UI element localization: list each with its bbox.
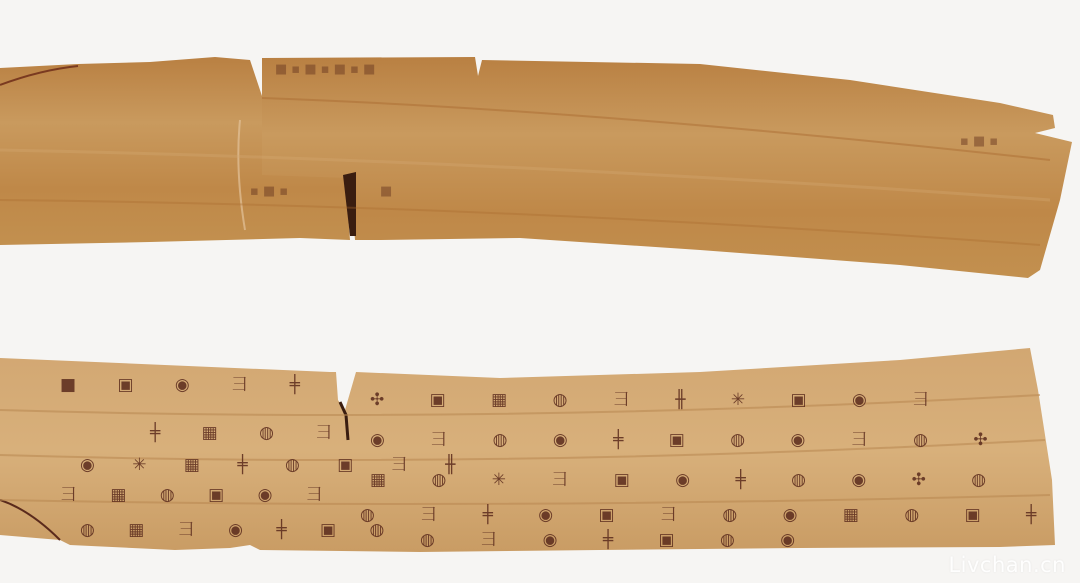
svg-text:■ ▪ ■ ▪ ■ ▪ ■: ■ ▪ ■ ▪ ■ ▪ ■ bbox=[275, 62, 375, 77]
svg-text:▪ ■ ▪: ▪ ■ ▪ bbox=[250, 184, 288, 199]
svg-text:■ ▣ ◉ ⺕ ╪: ■ ▣ ◉ ⺕ ╪ bbox=[60, 374, 318, 395]
svg-text:╪ ▦ ◍ ⺕: ╪ ▦ ◍ ⺕ bbox=[149, 422, 350, 443]
upper-slip: ■ ▪ ■ ▪ ■ ▪ ■ ▪ ■ ▪ ■ ▪ ■ ▪ bbox=[0, 57, 1072, 278]
svg-text:✣ ▣ ▦ ◍ ⺕ ╫ ✳ ▣ ◉ ⺕: ✣ ▣ ▦ ◍ ⺕ ╫ ✳ ▣ ◉ ⺕ bbox=[370, 389, 949, 410]
svg-text:⺕ ▦ ◍ ▣ ◉ ⺕: ⺕ ▦ ◍ ▣ ◉ ⺕ bbox=[60, 485, 337, 505]
svg-text:▪ ■ ▪: ▪ ■ ▪ bbox=[960, 134, 998, 149]
bamboo-slips-photo: ■ ▪ ■ ▪ ■ ▪ ■ ▪ ■ ▪ ■ ▪ ■ ▪ ■ ▣ ◉ ⺕ ╪ ✣ … bbox=[0, 0, 1080, 583]
lower-slip: ■ ▣ ◉ ⺕ ╪ ✣ ▣ ▦ ◍ ⺕ ╫ ✳ ▣ ◉ ⺕ ╪ ▦ ◍ ⺕ ◉ … bbox=[0, 348, 1056, 552]
svg-text:◍ ⺕ ◉ ╪ ▣ ◍ ◉: ◍ ⺕ ◉ ╪ ▣ ◍ ◉ bbox=[420, 529, 815, 550]
svg-text:◍ ▦ ⺕ ◉ ╪ ▣ ◍: ◍ ▦ ⺕ ◉ ╪ ▣ ◍ bbox=[80, 519, 398, 540]
svg-text:■: ■ bbox=[380, 184, 392, 199]
svg-text:◍ ⺕ ╪ ◉ ▣ ⺕ ◍ ◉ ▦ ◍ ▣ ╪: ◍ ⺕ ╪ ◉ ▣ ⺕ ◍ ◉ ▦ ◍ ▣ ╪ bbox=[360, 504, 1056, 525]
watermark: Livchan.cn bbox=[948, 553, 1066, 577]
svg-text:▦ ◍ ✳ ⺕ ▣ ◉ ╪ ◍ ◉ ✣ ◍: ▦ ◍ ✳ ⺕ ▣ ◉ ╪ ◍ ◉ ✣ ◍ bbox=[370, 469, 1006, 490]
svg-text:◉ ⺕ ◍ ◉ ╪ ▣ ◍ ◉ ⺕ ◍ ✣: ◉ ⺕ ◍ ◉ ╪ ▣ ◍ ◉ ⺕ ◍ ✣ bbox=[370, 429, 1008, 450]
